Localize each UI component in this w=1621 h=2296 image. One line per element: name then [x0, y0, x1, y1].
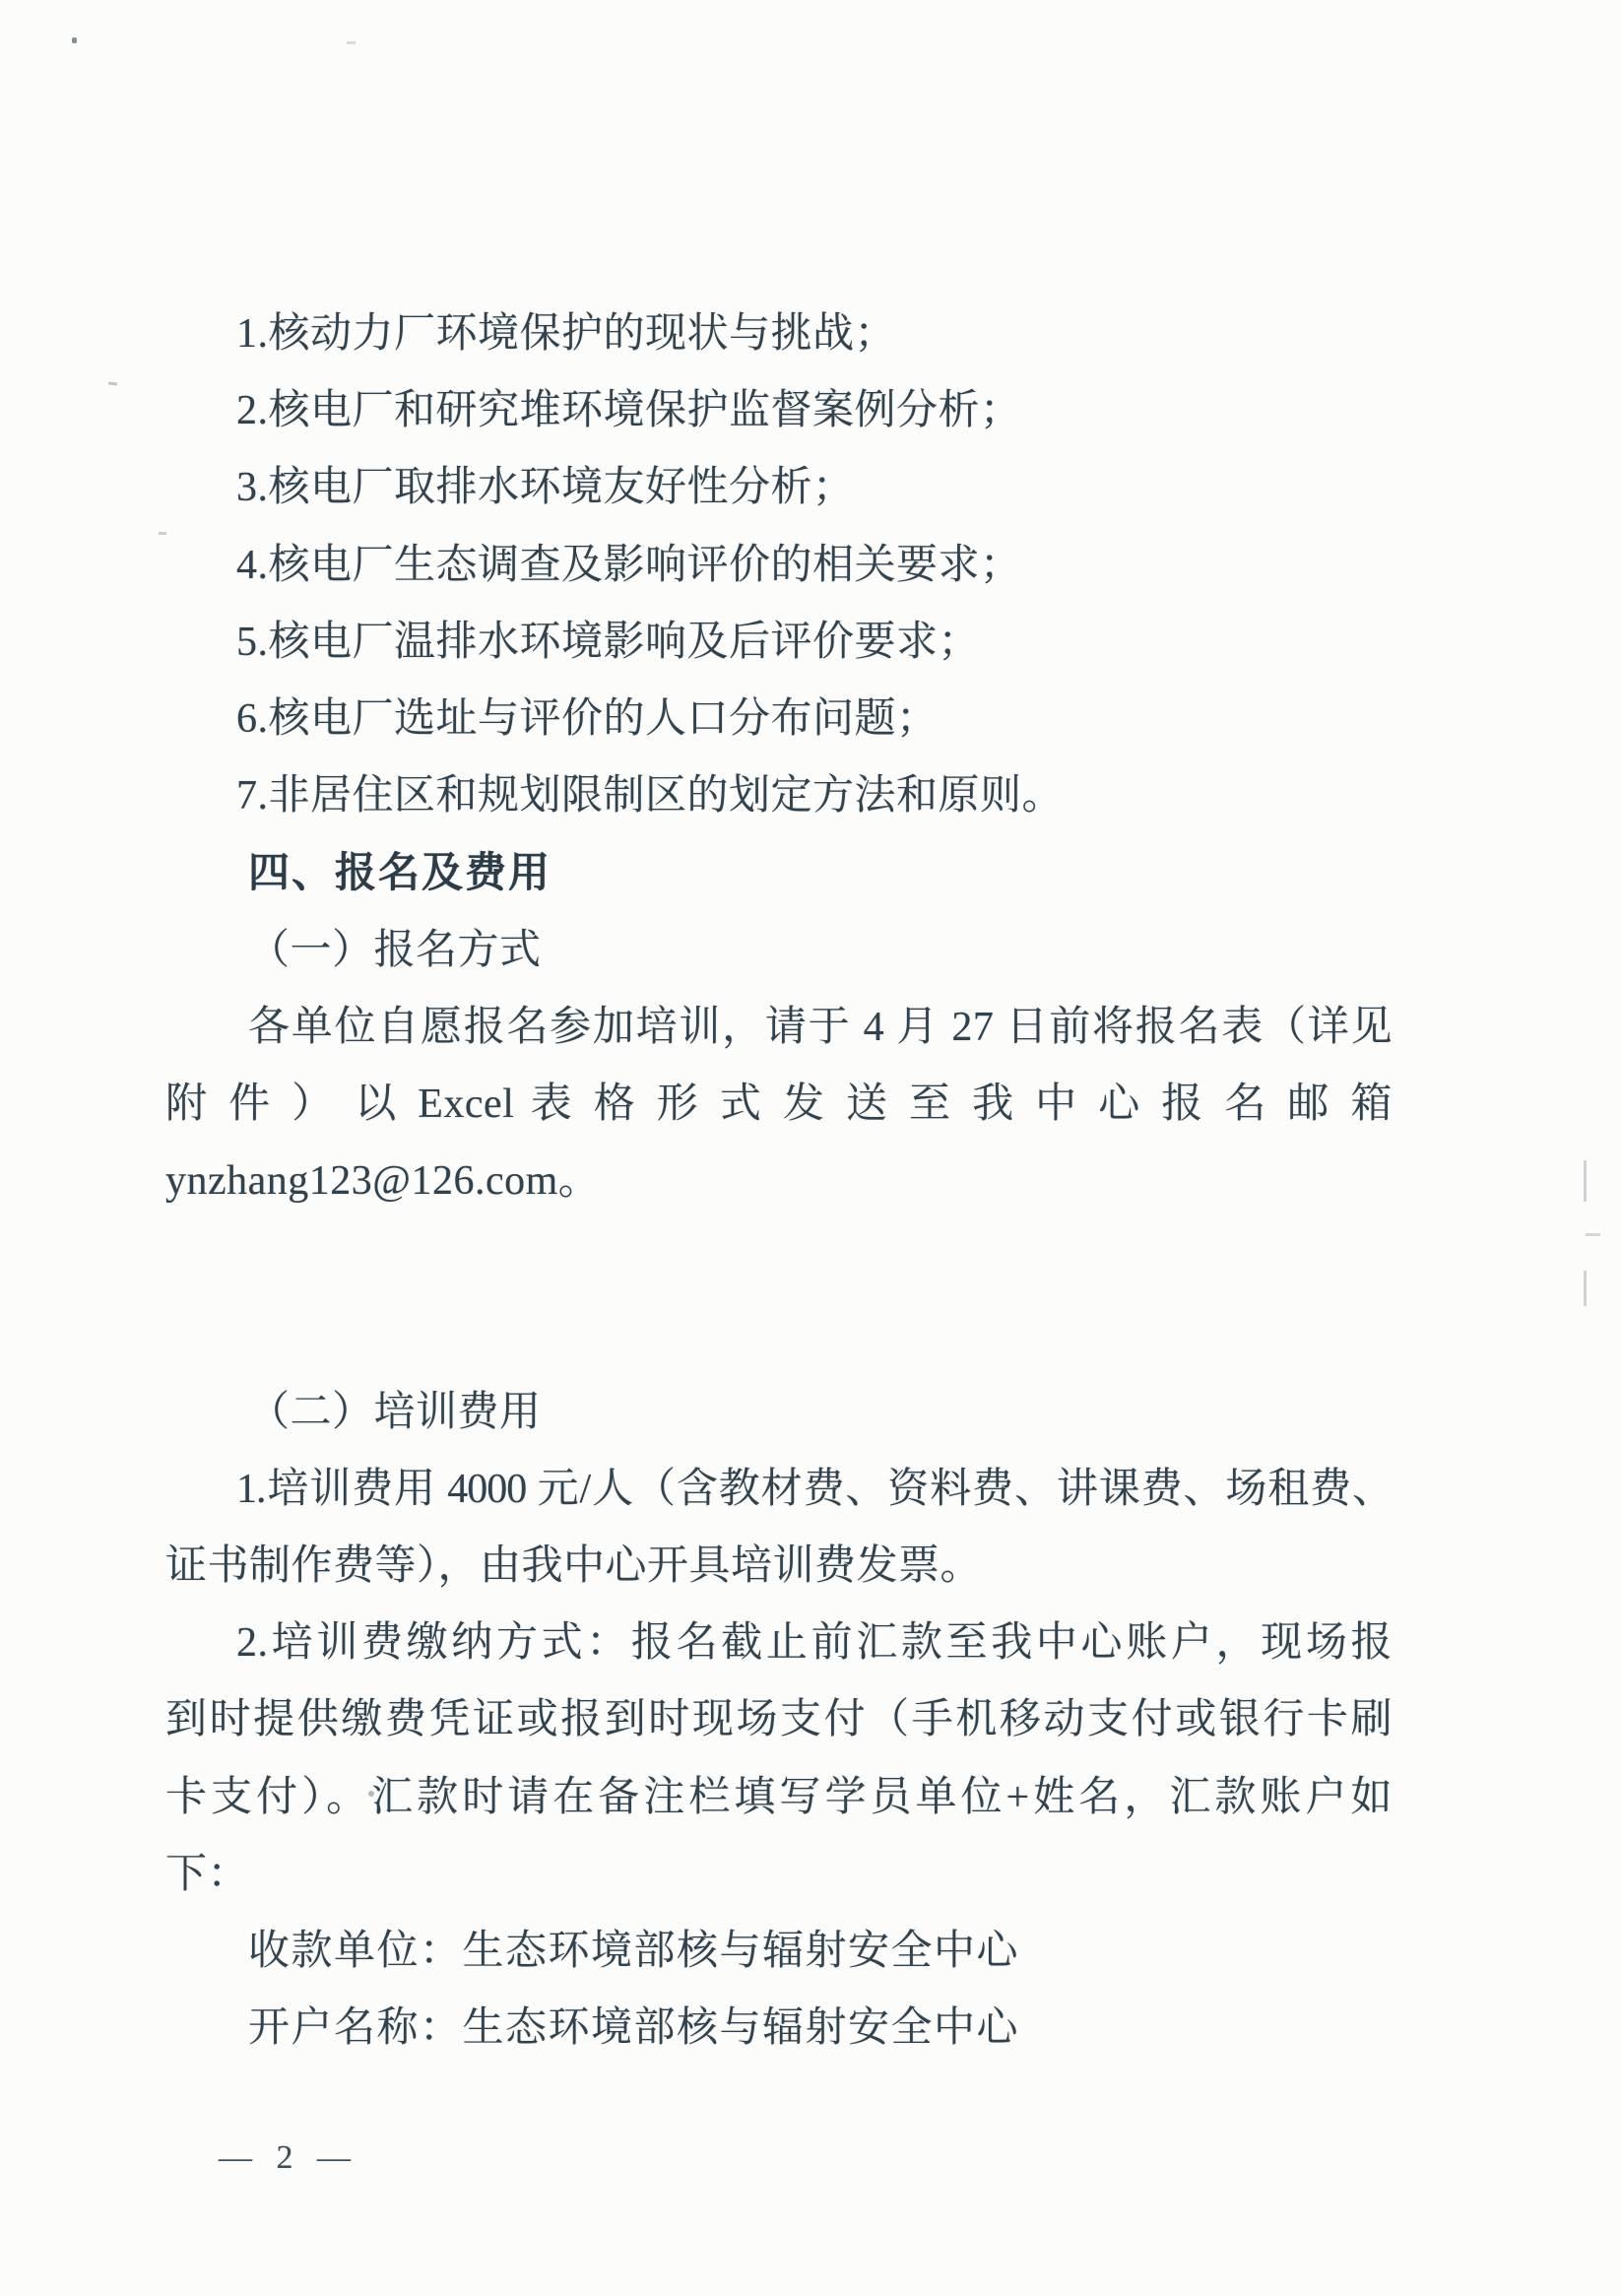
course-item-3: 3.核电厂取排水环境友好性分析； — [165, 449, 1393, 526]
fee-paragraph-line-1: 1.培训费用 4000 元/人（含教材费、资料费、讲课费、场租费、 — [165, 1451, 1393, 1528]
scan-speck — [347, 41, 356, 44]
scan-edge-mark — [1584, 1160, 1587, 1202]
scan-speck — [159, 532, 166, 535]
signup-email-line: ynzhang123@126.com。 — [165, 1143, 1393, 1219]
course-item-7: 7.非居住区和规划限制区的划定方法和原则。 — [165, 757, 1393, 834]
fee-paragraph-line-2: 证书制作费等），由我中心开具培训费发票。 — [165, 1528, 1393, 1605]
signup-paragraph-line-1: 各单位自愿报名参加培训，请于 4 月 27 日前将报名表（详见 — [165, 989, 1393, 1066]
scan-speck — [108, 382, 117, 386]
signup-paragraph-line-2: 附 件 ） 以 Excel 表 格 形 式 发 送 至 我 中 心 报 名 邮 … — [165, 1066, 1393, 1143]
payment-paragraph-line-4: 下： — [165, 1836, 1393, 1913]
scan-speck — [368, 1791, 374, 1797]
course-item-6: 6.核电厂选址与评价的人口分布问题； — [165, 681, 1393, 757]
scan-speck — [72, 37, 77, 43]
contact-line-1: 报名联系人：张亚男：15901117009010-82203449 — [165, 1219, 1393, 1296]
payment-paragraph-line-2: 到时提供缴费凭证或报到时现场支付（手机移动支付或银行卡刷 — [165, 1681, 1393, 1758]
scan-edge-mark — [1584, 1271, 1587, 1306]
scan-edge-mark — [1586, 1233, 1600, 1236]
bank-payee-line: 收款单位：生态环境部核与辐射安全中心 — [165, 1913, 1393, 1990]
course-item-2: 2.核电厂和研究堆环境保护监督案例分析； — [165, 372, 1393, 449]
subsection-heading-signup-method: （一）报名方式 — [165, 912, 1393, 989]
document-body: 1.核动力厂环境保护的现状与挑战； 2.核电厂和研究堆环境保护监督案例分析； 3… — [165, 295, 1393, 2066]
course-item-4: 4.核电厂生态调查及影响评价的相关要求； — [165, 527, 1393, 604]
payment-paragraph-line-3: 卡支付）。汇款时请在备注栏填写学员单位+姓名，汇款账户如 — [165, 1759, 1393, 1836]
course-item-5: 5.核电厂温排水环境影响及后评价要求； — [165, 604, 1393, 681]
bank-account-name-line: 开户名称：生态环境部核与辐射安全中心 — [165, 1990, 1393, 2066]
document-page: 1.核动力厂环境保护的现状与挑战； 2.核电厂和研究堆环境保护监督案例分析； 3… — [0, 0, 1621, 2296]
subsection-heading-training-fee: （二）培训费用 — [165, 1374, 1393, 1451]
course-item-1: 1.核动力厂环境保护的现状与挑战； — [165, 295, 1393, 372]
section-heading-signup-and-fees: 四、报名及费用 — [165, 834, 1393, 911]
payment-paragraph-line-1: 2.培训费缴纳方式：报名截止前汇款至我中心账户，现场报 — [165, 1605, 1393, 1681]
contact-line-2: 张立娜：010-82205904 — [165, 1296, 1393, 1373]
page-number: — 2 — — [219, 2139, 354, 2177]
